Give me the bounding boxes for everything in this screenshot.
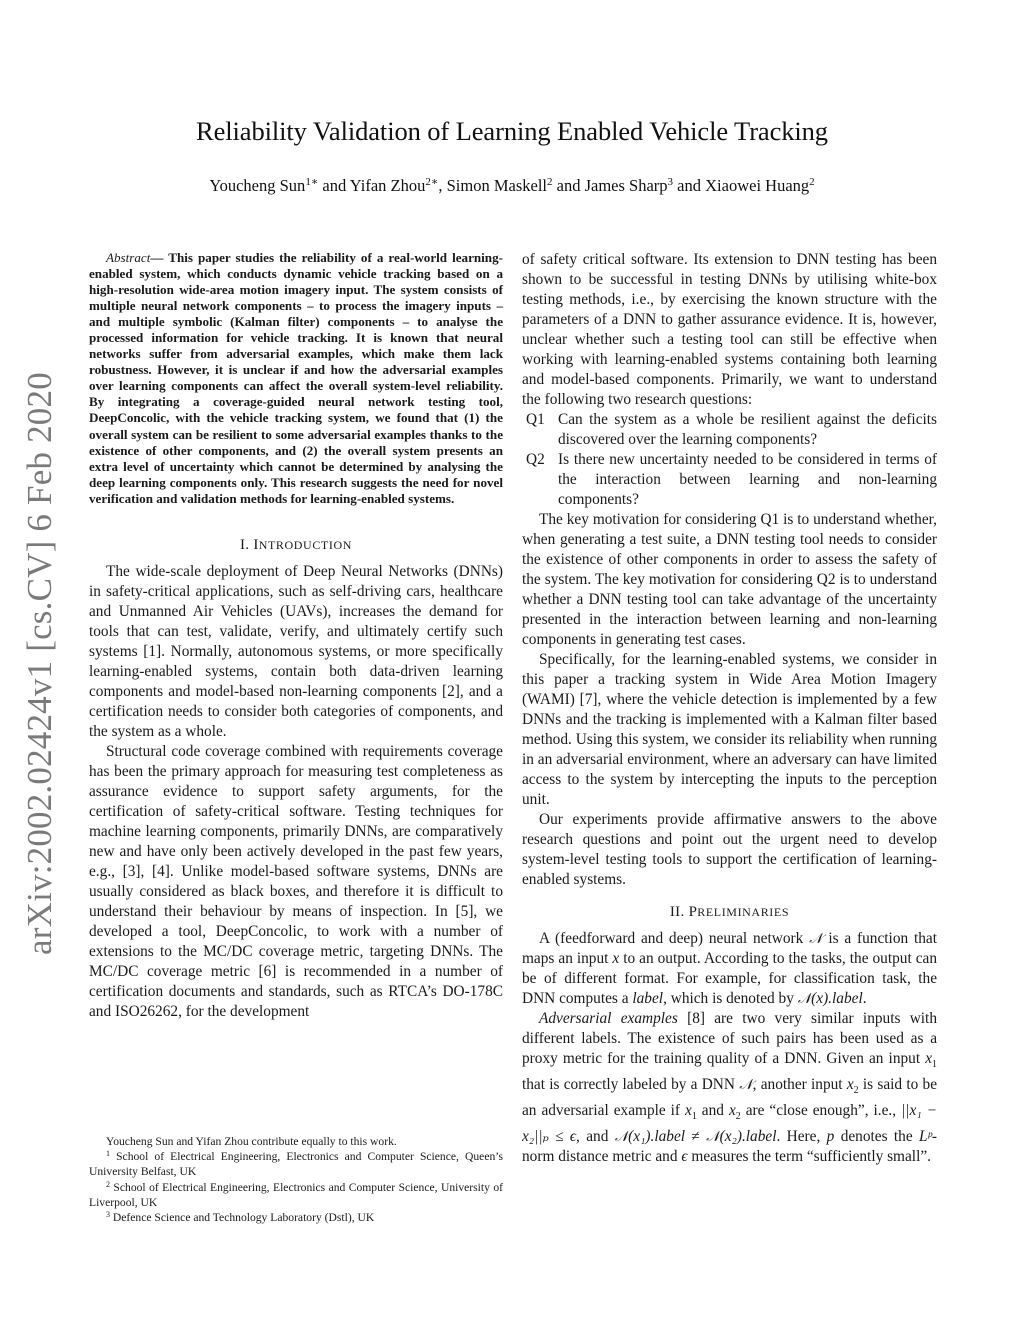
affiliation-mark: 2∗ xyxy=(425,176,438,188)
paper-title: Reliability Validation of Learning Enabl… xyxy=(0,116,1024,147)
intro-paragraph-1: The wide-scale deployment of Deep Neural… xyxy=(89,562,503,742)
prelim-paragraph-2: Adversarial examples [8] are two very si… xyxy=(522,1009,937,1167)
section-heading-preliminaries: II. PRELIMINARIES xyxy=(522,904,937,921)
author-name: Yifan Zhou xyxy=(350,176,426,195)
prelim-paragraph-1: A (feedforward and deep) neural network … xyxy=(522,929,937,1009)
math-expression: label xyxy=(832,990,863,1007)
abstract-label: Abstract xyxy=(106,250,150,265)
author-separator: and xyxy=(673,176,705,195)
footnote-equal-contribution: Youcheng Sun and Yifan Zhou contribute e… xyxy=(89,1134,503,1149)
left-column: Abstract— This paper studies the reliabi… xyxy=(89,250,503,1022)
intro-paragraph-4: The key motivation for considering Q1 is… xyxy=(522,510,937,650)
author-name: James Sharp xyxy=(585,176,668,195)
intro-paragraph-5: Specifically, for the learning-enabled s… xyxy=(522,650,937,810)
footnote-text: School of Electrical Engineering, Electr… xyxy=(89,1150,503,1178)
author-list: Youcheng Sun1∗ and Yifan Zhou2∗, Simon M… xyxy=(0,176,1024,196)
research-question-1: Q1Can the system as a whole be resilient… xyxy=(522,410,937,450)
footnote-affiliation-2: 2 School of Electrical Engineering, Elec… xyxy=(89,1180,503,1210)
section-heading-introduction: I. INTRODUCTION xyxy=(89,537,503,554)
author-separator: and xyxy=(318,176,349,195)
question-number: Q2 xyxy=(526,450,545,470)
question-number: Q1 xyxy=(526,410,545,430)
footnotes: Youcheng Sun and Yifan Zhou contribute e… xyxy=(89,1134,503,1225)
section-numeral: II. xyxy=(670,904,689,920)
footnote-affiliation-1: 1 School of Electrical Engineering, Elec… xyxy=(89,1149,503,1179)
author-name: Youcheng Sun xyxy=(209,176,305,195)
affiliation-mark: 1∗ xyxy=(305,176,318,188)
intro-paragraph-3: of safety critical software. Its extensi… xyxy=(522,250,937,410)
intro-paragraph-2: Structural code coverage combined with r… xyxy=(89,742,503,1022)
section-title-rest: RELIMINARIES xyxy=(697,905,789,919)
footnote-affiliation-3: 3 Defence Science and Technology Laborat… xyxy=(89,1210,503,1225)
footnote-text: School of Electrical Engineering, Electr… xyxy=(89,1181,503,1209)
network-symbol: 𝒩 xyxy=(798,991,811,1007)
footnote-text: Defence Science and Technology Laborator… xyxy=(110,1211,374,1224)
abstract: Abstract— This paper studies the reliabi… xyxy=(89,250,503,507)
author-separator: and xyxy=(553,176,585,195)
intro-paragraph-6: Our experiments provide affirmative answ… xyxy=(522,810,937,890)
author-name: Simon Maskell xyxy=(447,176,547,195)
author-separator: , xyxy=(438,176,446,195)
label-term: label xyxy=(632,990,663,1007)
question-text: Is there new uncertainty needed to be co… xyxy=(558,451,937,508)
section-numeral: I. xyxy=(240,537,253,553)
math-expression: (x). xyxy=(811,990,832,1007)
section-title-rest: NTRODUCTION xyxy=(259,538,352,552)
abstract-text: This paper studies the reliability of a … xyxy=(89,250,503,506)
arxiv-identifier-stamp: arXiv:2002.02424v1 [cs.CV] 6 Feb 2020 xyxy=(20,372,60,955)
network-symbol: 𝒩 xyxy=(809,931,822,947)
author-name: Xiaowei Huang xyxy=(705,176,809,195)
adversarial-examples-term: Adversarial examples xyxy=(539,1010,678,1027)
research-question-2: Q2Is there new uncertainty needed to be … xyxy=(522,450,937,510)
question-text: Can the system as a whole be resilient a… xyxy=(558,411,937,448)
affiliation-mark: 2 xyxy=(809,176,815,188)
right-column: of safety critical software. Its extensi… xyxy=(522,250,937,1167)
abstract-dash: — xyxy=(150,250,168,265)
section-initial: P xyxy=(689,904,698,920)
